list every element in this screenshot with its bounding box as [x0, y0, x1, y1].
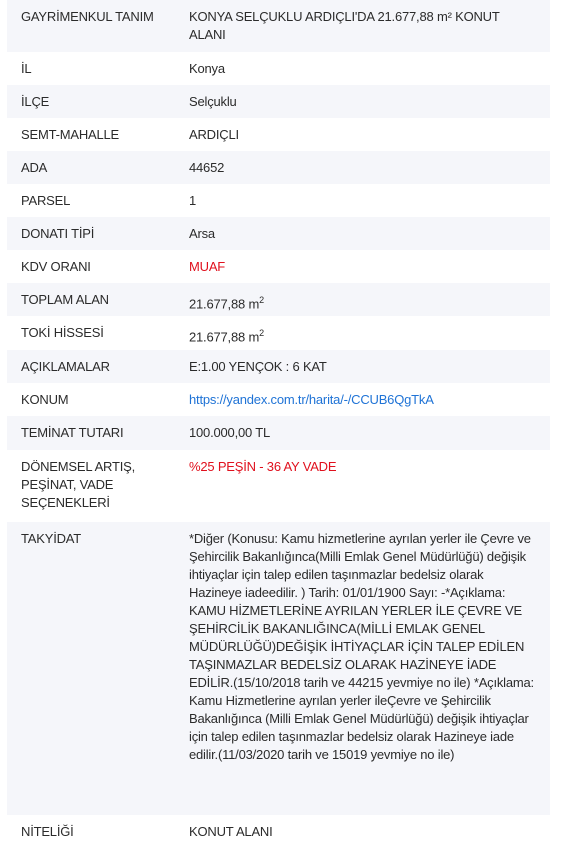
row-parsel: PARSEL 1 — [7, 184, 550, 217]
row-niteligi: NİTELİĞİ KONUT ALANI — [7, 815, 550, 853]
row-toplam-alan: TOPLAM ALAN 21.677,88 m2 — [7, 283, 550, 316]
row-value: Arsa — [189, 225, 550, 243]
kdv-status-value: MUAF — [189, 258, 550, 276]
payment-option-value: %25 PEŞİN - 36 AY VADE — [189, 458, 550, 476]
row-value: Selçuklu — [189, 93, 550, 111]
row-value: 100.000,00 TL — [189, 424, 550, 442]
row-aciklamalar: AÇIKLAMALAR E:1.00 YENÇOK : 6 KAT — [7, 350, 550, 383]
row-value: Konya — [189, 60, 550, 78]
row-label: PARSEL — [7, 192, 189, 210]
row-value: 1 — [189, 192, 550, 210]
row-konum: KONUM https://yandex.com.tr/harita/-/CCU… — [7, 383, 550, 416]
row-label: NİTELİĞİ — [7, 823, 189, 841]
row-semt-mahalle: SEMT-MAHALLE ARDIÇLI — [7, 118, 550, 151]
row-value: 21.677,88 m2 — [189, 291, 550, 313]
row-label: TOKİ HİSSESİ — [7, 324, 189, 342]
row-value: KONYA SELÇUKLU ARDIÇLI'DA 21.677,88 m² K… — [189, 8, 550, 44]
row-value: https://yandex.com.tr/harita/-/CCUB6QgTk… — [189, 391, 550, 409]
row-label: TAKYİDAT — [7, 530, 189, 548]
row-label: TOPLAM ALAN — [7, 291, 189, 309]
row-donati-tipi: DONATI TİPİ Arsa — [7, 217, 550, 250]
row-value: 21.677,88 m2 — [189, 324, 550, 346]
row-value: KONUT ALANI — [189, 823, 550, 841]
row-label: KDV ORANI — [7, 258, 189, 276]
row-il: İL Konya — [7, 52, 550, 85]
row-label: KONUM — [7, 391, 189, 409]
row-gayrimenkul-tanim: GAYRİMENKUL TANIM KONYA SELÇUKLU ARDIÇLI… — [7, 0, 550, 52]
row-ada: ADA 44652 — [7, 151, 550, 184]
row-label: GAYRİMENKUL TANIM — [7, 8, 189, 26]
row-label: İL — [7, 60, 189, 78]
row-label: ADA — [7, 159, 189, 177]
row-odeme-secenekleri: DÖNEMSEL ARTIŞ, PEŞİNAT, VADE SEÇENEKLER… — [7, 450, 550, 522]
row-label: DÖNEMSEL ARTIŞ, PEŞİNAT, VADE SEÇENEKLER… — [7, 458, 189, 512]
row-value: ARDIÇLI — [189, 126, 550, 144]
location-link[interactable]: https://yandex.com.tr/harita/-/CCUB6QgTk… — [189, 392, 434, 407]
unit-superscript: 2 — [259, 328, 264, 338]
row-label: AÇIKLAMALAR — [7, 358, 189, 376]
row-value: E:1.00 YENÇOK : 6 KAT — [189, 358, 550, 376]
row-value: 44652 — [189, 159, 550, 177]
row-label: SEMT-MAHALLE — [7, 126, 189, 144]
row-teminat-tutari: TEMİNAT TUTARI 100.000,00 TL — [7, 416, 550, 450]
row-ilce: İLÇE Selçuklu — [7, 85, 550, 118]
row-label: DONATI TİPİ — [7, 225, 189, 243]
unit-superscript: 2 — [259, 295, 264, 305]
row-takyidat: TAKYİDAT *Diğer (Konusu: Kamu hizmetleri… — [7, 522, 550, 815]
property-details-table: GAYRİMENKUL TANIM KONYA SELÇUKLU ARDIÇLI… — [7, 0, 550, 853]
row-toki-hissesi: TOKİ HİSSESİ 21.677,88 m2 — [7, 316, 550, 350]
area-value: 21.677,88 m — [189, 329, 259, 344]
row-kdv-orani: KDV ORANI MUAF — [7, 250, 550, 283]
row-label: İLÇE — [7, 93, 189, 111]
row-label: TEMİNAT TUTARI — [7, 424, 189, 442]
area-value: 21.677,88 m — [189, 296, 259, 311]
row-value: *Diğer (Konusu: Kamu hizmetlerine ayrıla… — [189, 530, 550, 764]
